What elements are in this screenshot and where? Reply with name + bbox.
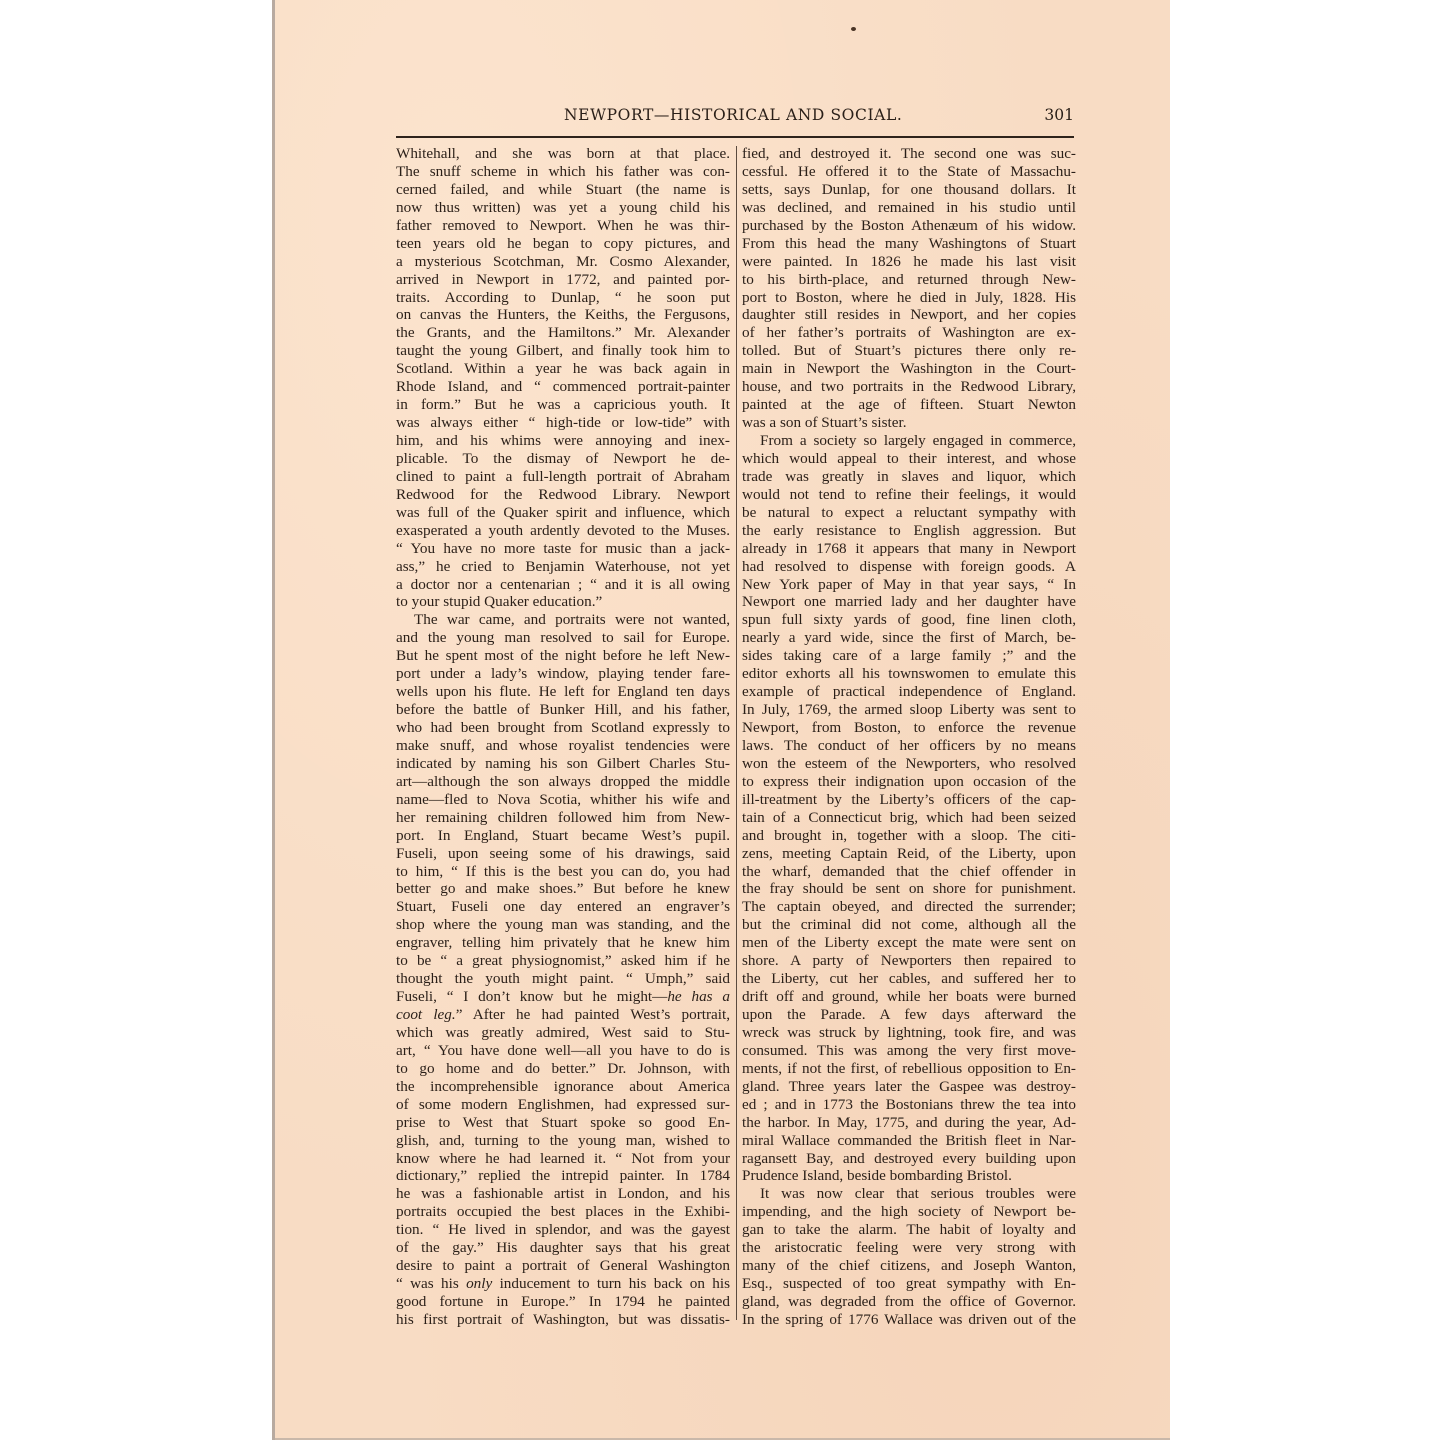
text-line: Newport, from Boston, to enforce the rev… xyxy=(742,719,1076,737)
text-line: to go home and do better.” Dr. Johnson, … xyxy=(396,1060,730,1078)
text-line: him, and his whims were annoying and ine… xyxy=(396,432,730,450)
text-line: he was a fashionable artist in London, a… xyxy=(396,1185,730,1203)
text-line: who had been brought from Scotland expre… xyxy=(396,719,730,737)
right-column: fied, and destroyed it. The second one w… xyxy=(742,145,1076,1329)
text-line: portraits occupied the best places in th… xyxy=(396,1203,730,1221)
text-line: make snuff, and whose royalist tendencie… xyxy=(396,737,730,755)
text-line: Newport one married lady and her daughte… xyxy=(742,593,1076,611)
text-line: was full of the Quaker spirit and influe… xyxy=(396,504,730,522)
text-line: gland. Three years later the Gaspee was … xyxy=(742,1078,1076,1096)
text-line: indicated by naming his son Gilbert Char… xyxy=(396,755,730,773)
text-line: cerned failed, and while Stuart (the nam… xyxy=(396,181,730,199)
text-line: wreck was struck by lightning, took fire… xyxy=(742,1024,1076,1042)
text-line: to be “ a great physiognomist,” asked hi… xyxy=(396,952,730,970)
text-line: glish, and, turning to the young man, wi… xyxy=(396,1132,730,1150)
text-line: impending, and the high society of Newpo… xyxy=(742,1203,1076,1221)
text-line: upon the Parade. A few days afterward th… xyxy=(742,1006,1076,1024)
ink-speck xyxy=(851,27,856,31)
text-line: Redwood for the Redwood Library. Newport xyxy=(396,486,730,504)
text-line: which was greatly admired, West said to … xyxy=(396,1024,730,1042)
text-line: be natural to expect a reluctant sympath… xyxy=(742,504,1076,522)
text-line: purchased by the Boston Athenæum of his … xyxy=(742,217,1076,235)
text-line: daughter still resides in Newport, and h… xyxy=(742,306,1076,324)
text-line: The captain obeyed, and directed the sur… xyxy=(742,898,1076,916)
text-line: shore. A party of Newporters then repair… xyxy=(742,952,1076,970)
text-line: the harbor. In May, 1775, and during the… xyxy=(742,1114,1076,1132)
text-line: shop where the young man was standing, a… xyxy=(396,916,730,934)
text-line: trade was greatly in slaves and liquor, … xyxy=(742,468,1076,486)
italic-fragment: only xyxy=(466,1275,492,1292)
text-line: In the spring of 1776 Wallace was driven… xyxy=(742,1311,1076,1329)
text-line: editor exhorts all his townswomen to emu… xyxy=(742,665,1076,683)
text-line: on canvas the Hunters, the Keiths, the F… xyxy=(396,306,730,324)
text-line: ragansett Bay, and destroyed every build… xyxy=(742,1150,1076,1168)
text-line: arrived in Newport in 1772, and painted … xyxy=(396,271,730,289)
text-line: plicable. To the dismay of Newport he de… xyxy=(396,450,730,468)
text-line: would not tend to refine their feelings,… xyxy=(742,486,1076,504)
text-line: drift off and ground, while her boats we… xyxy=(742,988,1076,1006)
text-line: a doctor nor a centenarian ; “ and it is… xyxy=(396,576,730,594)
text-line: house, and two portraits in the Redwood … xyxy=(742,378,1076,396)
text-line: setts, says Dunlap, for one thousand dol… xyxy=(742,181,1076,199)
text-line: tolled. But of Stuart’s pictures there o… xyxy=(742,342,1076,360)
text-line: miral Wallace commanded the British flee… xyxy=(742,1132,1076,1150)
paragraph-start-line: From a society so largely engaged in com… xyxy=(742,432,1076,450)
text-line: In July, 1769, the armed sloop Liberty w… xyxy=(742,701,1076,719)
text-line: and the young man resolved to sail for E… xyxy=(396,629,730,647)
text-line: main in Newport the Washington in the Co… xyxy=(742,360,1076,378)
text-line: father removed to Newport. When he was t… xyxy=(396,217,730,235)
text-line: Whitehall, and she was born at that plac… xyxy=(396,145,730,163)
text-line: in form.” But he was a capricious youth.… xyxy=(396,396,730,414)
text-line: engraver, telling him privately that he … xyxy=(396,934,730,952)
text-line: Rhode Island, and “ commenced portrait-p… xyxy=(396,378,730,396)
text-line: of the gay.” His daughter says that his … xyxy=(396,1239,730,1257)
text-line: before the battle of Bunker Hill, and hi… xyxy=(396,701,730,719)
text-line: clined to paint a full-length portrait o… xyxy=(396,468,730,486)
text-line: fied, and destroyed it. The second one w… xyxy=(742,145,1076,163)
text-line: to him, “ If this is the best you can do… xyxy=(396,863,730,881)
text-line: men of the Liberty except the mate were … xyxy=(742,934,1076,952)
text-line: of some modern Englishmen, had expressed… xyxy=(396,1096,730,1114)
text-line: taught the young Gilbert, and finally to… xyxy=(396,342,730,360)
text-line: but the criminal did not come, although … xyxy=(742,916,1076,934)
text-line: ass,” he cried to Benjamin Waterhouse, n… xyxy=(396,558,730,576)
text-line: Fuseli, upon seeing some of his drawings… xyxy=(396,845,730,863)
text-line: prise to West that Stuart spoke so good … xyxy=(396,1114,730,1132)
text-line: a mysterious Scotchman, Mr. Cosmo Alexan… xyxy=(396,253,730,271)
text-fragment: inducement to turn his back on his xyxy=(492,1275,730,1292)
text-line: Scotland. Within a year he was back agai… xyxy=(396,360,730,378)
text-line: ill-treatment by the Liberty’s officers … xyxy=(742,791,1076,809)
text-line: gland, was degraded from the office of G… xyxy=(742,1293,1076,1311)
left-column: Whitehall, and she was born at that plac… xyxy=(396,145,730,1329)
paragraph-end-line: Prudence Island, beside bombarding Brist… xyxy=(742,1167,1076,1185)
text-line: Esq., suspected of too great sympathy wi… xyxy=(742,1275,1076,1293)
text-line: the wharf, demanded that the chief offen… xyxy=(742,863,1076,881)
text-line: From this head the many Washingtons of S… xyxy=(742,235,1076,253)
text-line: the Grants, and the Hamiltons.” Mr. Alex… xyxy=(396,324,730,342)
text-line: Stuart, Fuseli one day entered an engrav… xyxy=(396,898,730,916)
text-line: better go and make shoes.” But before he… xyxy=(396,880,730,898)
text-line: good fortune in Europe.” In 1794 he pain… xyxy=(396,1293,730,1311)
text-line: and brought in, together with a sloop. T… xyxy=(742,827,1076,845)
text-line: cessful. He offered it to the State of M… xyxy=(742,163,1076,181)
text-fragment: Fuseli, “ I don’t know but he might— xyxy=(396,988,667,1005)
text-line: laws. The conduct of her officers by no … xyxy=(742,737,1076,755)
text-line: traits. According to Dunlap, “ he soon p… xyxy=(396,289,730,307)
paragraph-start-line: The war came, and portraits were not wan… xyxy=(396,611,730,629)
text-line: New York paper of May in that year says,… xyxy=(742,576,1076,594)
text-line: tion. “ He lived in splendor, and was th… xyxy=(396,1221,730,1239)
text-line: port under a lady’s window, playing tend… xyxy=(396,665,730,683)
italic-fragment: coot leg. xyxy=(396,1006,456,1023)
text-line: art, “ You have done well—all you have t… xyxy=(396,1042,730,1060)
text-line: won the esteem of the Newporters, who re… xyxy=(742,755,1076,773)
text-line: the aristocratic feeling were very stron… xyxy=(742,1239,1076,1257)
text-line: The snuff scheme in which his father was… xyxy=(396,163,730,181)
text-line: consumed. This was among the very first … xyxy=(742,1042,1076,1060)
text-line: which would appeal to their interest, an… xyxy=(742,450,1076,468)
text-line: spun full sixty yards of good, fine line… xyxy=(742,611,1076,629)
text-line: dictionary,” replied the intrepid painte… xyxy=(396,1167,730,1185)
text-line: art—although the son always dropped the … xyxy=(396,773,730,791)
text-line: of her father’s portraits of Washington … xyxy=(742,324,1076,342)
text-line: wells upon his flute. He left for Englan… xyxy=(396,683,730,701)
text-line: “ You have no more taste for music than … xyxy=(396,540,730,558)
page-number: 301 xyxy=(1044,106,1074,124)
paragraph-start-line: It was now clear that serious troubles w… xyxy=(742,1185,1076,1203)
text-line: now thus written) was yet a young child … xyxy=(396,199,730,217)
paragraph-end-line: was a son of Stuart’s sister. xyxy=(742,414,1076,432)
text-line: was declined, and remained in his studio… xyxy=(742,199,1076,217)
text-line: But he spent most of the night before he… xyxy=(396,647,730,665)
text-line: port. In England, Stuart became West’s p… xyxy=(396,827,730,845)
text-line: desire to paint a portrait of General Wa… xyxy=(396,1257,730,1275)
text-line: his first portrait of Washington, but wa… xyxy=(396,1311,730,1329)
text-line: example of practical independence of Eng… xyxy=(742,683,1076,701)
text-line: were painted. In 1826 he made his last v… xyxy=(742,253,1076,271)
text-line: know where he had learned it. “ Not from… xyxy=(396,1150,730,1168)
text-fragment: ” xyxy=(456,1006,473,1023)
text-line: the fray should be sent on shore for pun… xyxy=(742,880,1076,898)
text-line: her remaining children followed him from… xyxy=(396,809,730,827)
text-line: tain of a Connecticut brig, which had be… xyxy=(742,809,1076,827)
text-line: exasperated a youth ardently devoted to … xyxy=(396,522,730,540)
text-line-with-italic: “ was his only inducement to turn his ba… xyxy=(396,1275,730,1293)
text-line: ed ; and in 1773 the Bostonians threw th… xyxy=(742,1096,1076,1114)
text-line: to his birth-place, and returned through… xyxy=(742,271,1076,289)
text-line: the early resistance to English aggressi… xyxy=(742,522,1076,540)
text-line: many of the chief citizens, and Joseph W… xyxy=(742,1257,1076,1275)
text-line: the incomprehensible ignorance about Ame… xyxy=(396,1078,730,1096)
column-divider xyxy=(736,146,737,1320)
text-line: was always either “ high-tide or low-tid… xyxy=(396,414,730,432)
text-line: sides taking care of a large family ;” a… xyxy=(742,647,1076,665)
text-line: the Liberty, cut her cables, and suffere… xyxy=(742,970,1076,988)
text-fragment: After he had painted West’s portrait, xyxy=(473,1006,730,1023)
text-line: teen years old he began to copy pictures… xyxy=(396,235,730,253)
text-line: gan to take the alarm. The habit of loya… xyxy=(742,1221,1076,1239)
text-line-with-italic: Fuseli, “ I don’t know but he might—he h… xyxy=(396,988,730,1006)
text-line: name—fled to Nova Scotia, whither his wi… xyxy=(396,791,730,809)
paragraph-end-line: to your stupid Quaker education.” xyxy=(396,593,730,611)
text-line: zens, meeting Captain Reid, of the Liber… xyxy=(742,845,1076,863)
running-head: NEWPORT—HISTORICAL AND SOCIAL. 301 xyxy=(396,106,1074,130)
text-fragment: “ was his xyxy=(396,1275,466,1292)
text-line-with-italic: coot leg.” After he had painted West’s p… xyxy=(396,1006,730,1024)
text-line: nearly a yard wide, since the first of M… xyxy=(742,629,1076,647)
italic-fragment: he has a xyxy=(667,988,730,1005)
text-line: port to Boston, where he died in July, 1… xyxy=(742,289,1076,307)
text-line: had resolved to dispense with foreign go… xyxy=(742,558,1076,576)
text-line: painted at the age of fifteen. Stuart Ne… xyxy=(742,396,1076,414)
text-line: thought the youth might paint. “ Umph,” … xyxy=(396,970,730,988)
text-line: already in 1768 it appears that many in … xyxy=(742,540,1076,558)
header-rule xyxy=(396,136,1074,138)
running-title: NEWPORT—HISTORICAL AND SOCIAL. xyxy=(564,106,902,124)
text-line: ments, if not the first, of rebellious o… xyxy=(742,1060,1076,1078)
text-line: to express their indignation upon occasi… xyxy=(742,773,1076,791)
